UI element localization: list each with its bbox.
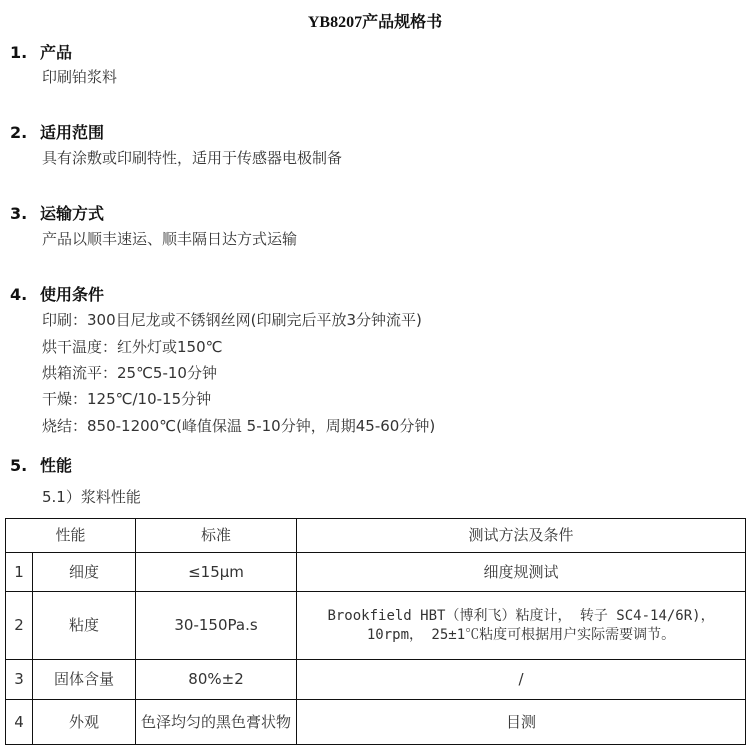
condition-printing: 印刷：300目尼龙或不锈钢丝网(印刷完后平放3分钟流平) — [42, 309, 422, 330]
row-index: 1 — [6, 553, 33, 592]
row-index: 3 — [6, 660, 33, 700]
table-row: 2 粘度 30-150Pa.s Brookfield HBT（博利飞）粘度计， … — [6, 592, 746, 660]
table-row: 1 细度 ≤15μm 细度规测试 — [6, 553, 746, 592]
document-title: YB8207产品规格书 — [0, 9, 750, 32]
row-standard: 色泽均匀的黑色膏状物 — [136, 700, 297, 745]
section-heading-shipping: 3.运输方式 — [10, 201, 104, 224]
row-method: 细度规测试 — [297, 553, 746, 592]
row-method: 目测 — [297, 700, 746, 745]
table-header-row: 性能 标准 测试方法及条件 — [6, 519, 746, 553]
section-heading-conditions: 4.使用条件 — [10, 282, 104, 305]
section-heading-scope: 2.适用范围 — [10, 120, 104, 143]
table-row: 4 外观 色泽均匀的黑色膏状物 目测 — [6, 700, 746, 745]
row-method: Brookfield HBT（博利飞）粘度计， 转子 SC4-14/6R)， 1… — [297, 592, 746, 660]
row-property: 固体含量 — [33, 660, 136, 700]
table-row: 3 固体含量 80%±2 / — [6, 660, 746, 700]
row-index: 2 — [6, 592, 33, 660]
condition-oven-leveling: 烘箱流平：25℃5-10分钟 — [42, 362, 217, 383]
section-text: 具有涂敷或印刷特性，适用于传感器电极制备 — [42, 147, 342, 168]
section-text: 印刷铂浆料 — [42, 66, 117, 87]
row-standard: 80%±2 — [136, 660, 297, 700]
row-property: 外观 — [33, 700, 136, 745]
section-heading-performance: 5.性能 — [10, 453, 72, 476]
header-property: 性能 — [6, 519, 136, 553]
condition-sintering: 烧结：850-1200℃(峰值保温 5-10分钟，周期45-60分钟) — [42, 415, 435, 436]
section-text: 产品以顺丰速运、顺丰隔日达方式运输 — [42, 228, 297, 249]
condition-drying: 干燥：125℃/10-15分钟 — [42, 388, 211, 409]
header-method: 测试方法及条件 — [297, 519, 746, 553]
row-method: / — [297, 660, 746, 700]
row-property: 细度 — [33, 553, 136, 592]
row-standard: 30-150Pa.s — [136, 592, 297, 660]
header-standard: 标准 — [136, 519, 297, 553]
row-property: 粘度 — [33, 592, 136, 660]
row-index: 4 — [6, 700, 33, 745]
performance-table: 性能 标准 测试方法及条件 1 细度 ≤15μm 细度规测试 2 粘度 30-1… — [5, 518, 746, 745]
section-heading-product: 1.产品 — [10, 40, 72, 63]
subsection-paste-performance: 5.1）浆料性能 — [42, 486, 141, 507]
condition-drying-temp: 烘干温度：红外灯或150℃ — [42, 336, 222, 357]
row-standard: ≤15μm — [136, 553, 297, 592]
